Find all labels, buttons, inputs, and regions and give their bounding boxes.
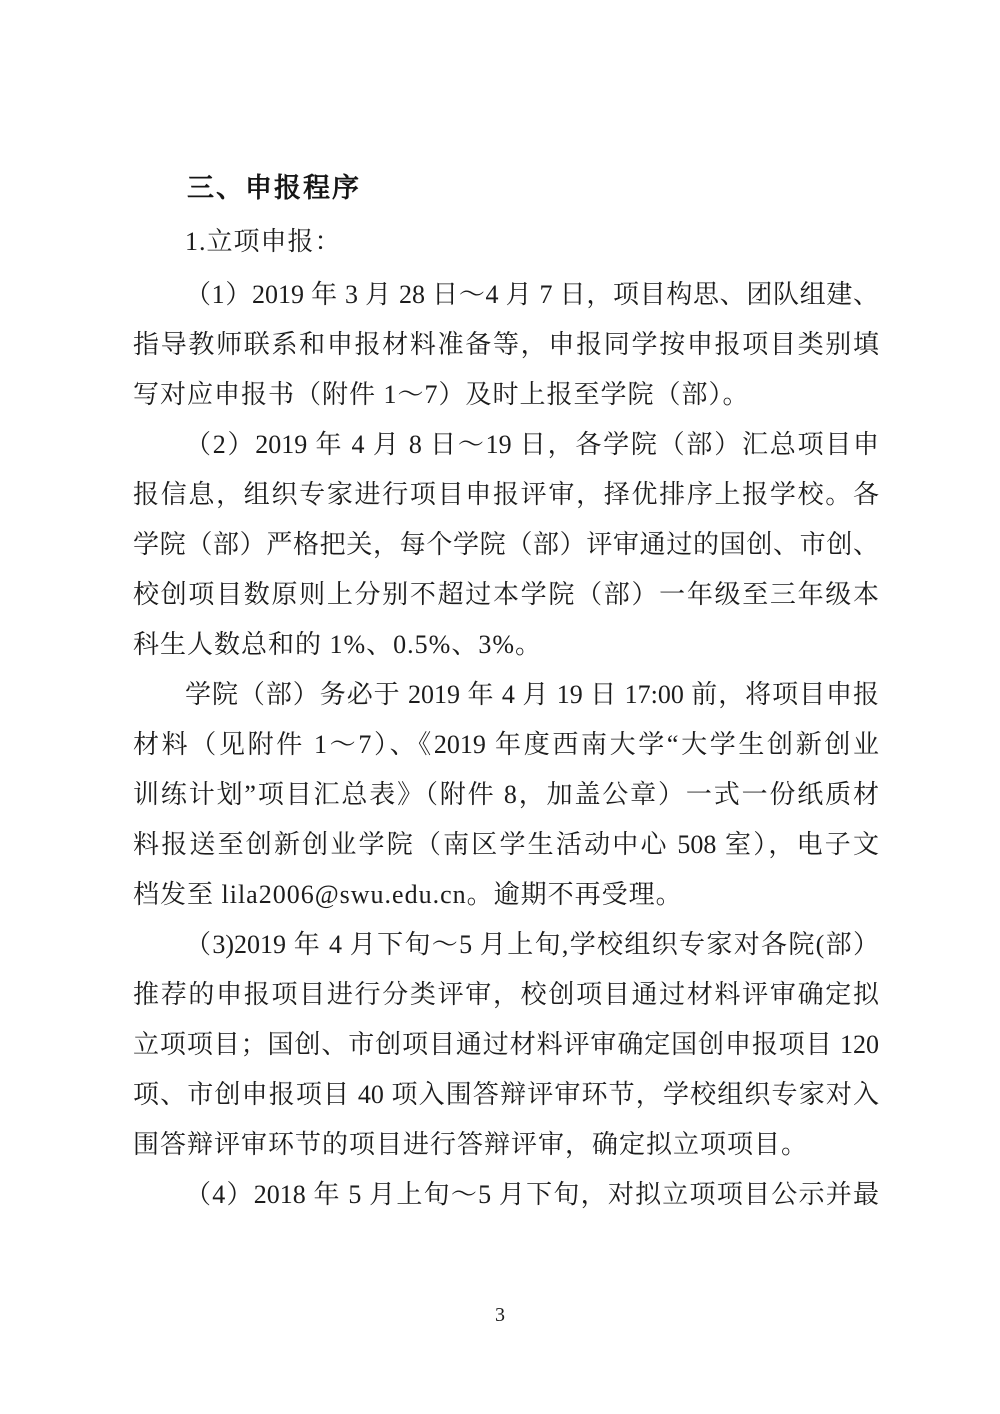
- text-line: 学院（部）严格把关，每个学院（部）评审通过的国创、市创、: [133, 520, 879, 570]
- text-line: 指导教师联系和申报材料准备等，申报同学按申报项目类别填: [133, 320, 879, 370]
- text-line: 围答辩评审环节的项目进行答辩评审，确定拟立项项目。: [133, 1120, 879, 1170]
- text-line: 报信息，组织专家进行项目申报评审，择优排序上报学校。各: [133, 470, 879, 520]
- text-line: 训练计划”项目汇总表》（附件 8，加盖公章）一式一份纸质材: [133, 770, 879, 820]
- text-line: （3)2019 年 4 月下旬～5 月上旬,学校组织专家对各院(部）: [133, 920, 879, 970]
- text-line: 科生人数总和的 1%、0.5%、3%。: [133, 620, 879, 670]
- text-line: 档发至 lila2006@swu.edu.cn。逾期不再受理。: [133, 870, 879, 920]
- section-heading: 三、申报程序: [133, 162, 879, 214]
- document-body: 三、申报程序 1.立项申报： （1）2019 年 3 月 28 日～4 月 7 …: [133, 162, 879, 1220]
- text-line: （2）2019 年 4 月 8 日～19 日，各学院（部）汇总项目申: [133, 420, 879, 470]
- text-line: 校创项目数原则上分别不超过本学院（部）一年级至三年级本: [133, 570, 879, 620]
- document-page: 三、申报程序 1.立项申报： （1）2019 年 3 月 28 日～4 月 7 …: [0, 0, 1000, 1414]
- text-line: 料报送至创新创业学院（南区学生活动中心 508 室），电子文: [133, 820, 879, 870]
- page-number: 3: [0, 1300, 1000, 1330]
- text-line: 材料（见附件 1～7）、《2019 年度西南大学“大学生创新创业: [133, 720, 879, 770]
- text-line: 推荐的申报项目进行分类评审，校创项目通过材料评审确定拟: [133, 970, 879, 1020]
- text-line: 写对应申报书（附件 1～7）及时上报至学院（部）。: [133, 370, 879, 420]
- text-line: 学院（部）务必于 2019 年 4 月 19 日 17:00 前，将项目申报: [133, 670, 879, 720]
- text-line: （1）2019 年 3 月 28 日～4 月 7 日，项目构思、团队组建、: [133, 270, 879, 320]
- text-line: 项、市创申报项目 40 项入围答辩评审环节，学校组织专家对入: [133, 1070, 879, 1120]
- text-line: （4）2018 年 5 月上旬～5 月下旬，对拟立项项目公示并最: [133, 1170, 879, 1220]
- text-line: 立项项目；国创、市创项目通过材料评审确定国创申报项目 120: [133, 1020, 879, 1070]
- subsection-heading: 1.立项申报：: [133, 214, 879, 270]
